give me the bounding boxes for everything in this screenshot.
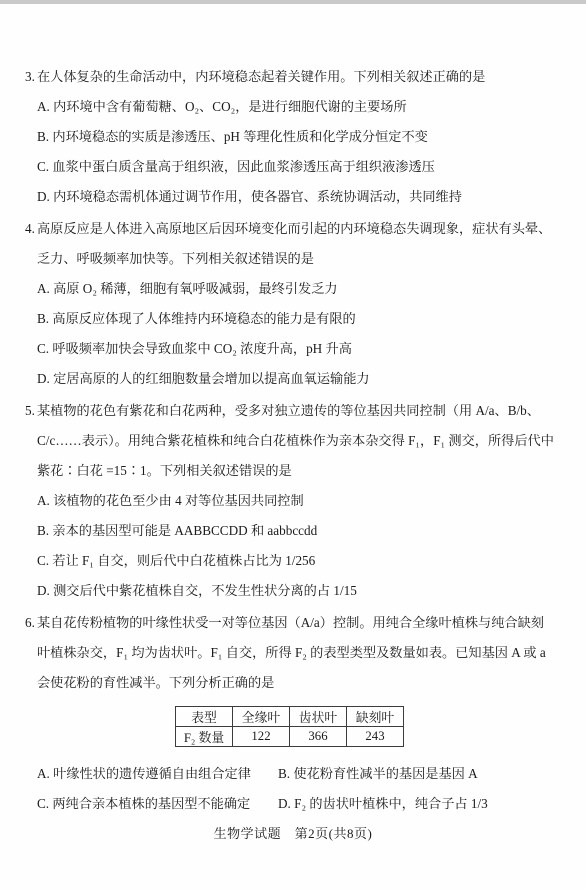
table-row-label-f2-count: F₂ 数量 xyxy=(176,727,233,747)
question-6-option-d: D. F₂ 的齿状叶植株中，纯合子占 1/3 xyxy=(278,789,560,819)
question-5-option-b: B. 亲本的基因型可能是 AABBCCDD 和 aabbccdd xyxy=(25,516,560,546)
table-value-dentate-leaf: 366 xyxy=(290,727,347,747)
question-6-option-c: C. 两纯合亲本植株的基因型不能确定 xyxy=(37,789,278,819)
question-5-stem-text: 某植物的花色有紫花和白花两种，受多对独立遗传的等位基因共同控制（用 A/a、B/… xyxy=(37,403,540,418)
question-6-number: 6. xyxy=(25,608,37,638)
question-5-option-d: D. 测交后代中紫花植株自交，不发生性状分离的占 1/15 xyxy=(25,576,560,606)
question-5-number: 5. xyxy=(25,396,37,426)
question-5-option-a: A. 该植物的花色至少由 4 对等位基因共同控制 xyxy=(25,486,560,516)
question-3-option-d: D. 内环境稳态需机体通过调节作用，使各器官、系统协调活动，共同维持 xyxy=(25,182,560,212)
question-6-options-row-1: A. 叶缘性状的遗传遵循自由组合定律 B. 使花粉育性减半的基因是基因 A xyxy=(25,759,560,789)
exam-content: 3.在人体复杂的生命活动中，内环境稳态起着关键作用。下列相关叙述正确的是 A. … xyxy=(0,4,586,819)
question-6-stem-text: 某自花传粉植物的叶缘性状受一对等位基因（A/a）控制。用纯合全缘叶植株与纯合缺刻 xyxy=(37,615,544,630)
table-value-entire-leaf: 122 xyxy=(233,727,290,747)
question-5-stem-line-1: 5.某植物的花色有紫花和白花两种，受多对独立遗传的等位基因共同控制（用 A/a、… xyxy=(25,396,560,426)
question-4-option-b: B. 高原反应体现了人体维持内环境稳态的能力是有限的 xyxy=(25,304,560,334)
question-3-stem-line-1: 3.在人体复杂的生命活动中，内环境稳态起着关键作用。下列相关叙述正确的是 xyxy=(25,62,560,92)
f2-phenotype-table-header-row: 表型 全缘叶 齿状叶 缺刻叶 xyxy=(176,707,404,727)
question-4: 4.高原反应是人体进入高原地区后因环境变化而引起的内环境稳态失调现象，症状有头晕… xyxy=(25,214,560,394)
question-6-stem-line-1: 6.某自花传粉植物的叶缘性状受一对等位基因（A/a）控制。用纯合全缘叶植株与纯合… xyxy=(25,608,560,638)
question-6-option-b: B. 使花粉育性减半的基因是基因 A xyxy=(278,759,560,789)
table-header-entire-leaf: 全缘叶 xyxy=(233,707,290,727)
question-4-option-c: C. 呼吸频率加快会导致血浆中 CO₂ 浓度升高，pH 升高 xyxy=(25,334,560,364)
question-3-option-c: C. 血浆中蛋白质含量高于组织液，因此血浆渗透压高于组织液渗透压 xyxy=(25,152,560,182)
question-4-option-d: D. 定居高原的人的红细胞数量会增加以提高血氧运输能力 xyxy=(25,364,560,394)
table-value-notched-leaf: 243 xyxy=(347,727,404,747)
question-4-stem-text: 高原反应是人体进入高原地区后因环境变化而引起的内环境稳态失调现象，症状有头晕、 xyxy=(37,221,551,236)
question-6-stem-line-3: 会使花粉的育性减半。下列分析正确的是 xyxy=(25,668,560,698)
question-5: 5.某植物的花色有紫花和白花两种，受多对独立遗传的等位基因共同控制（用 A/a、… xyxy=(25,396,560,606)
question-6-options-row-2: C. 两纯合亲本植株的基因型不能确定 D. F₂ 的齿状叶植株中，纯合子占 1/… xyxy=(25,789,560,819)
question-5-stem-line-3: 紫花∶白花 =15∶1。下列相关叙述错误的是 xyxy=(25,456,560,486)
question-6-stem-line-2: 叶植株杂交，F₁ 均为齿状叶。F₁ 自交，所得 F₂ 的表型类型及数量如表。已知… xyxy=(25,638,560,668)
f2-phenotype-table-count-row: F₂ 数量 122 366 243 xyxy=(176,727,404,747)
question-5-stem-line-2: C/c……表示）。用纯合紫花植株和纯合白花植株作为亲本杂交得 F₁，F₁ 测交，… xyxy=(25,426,560,456)
question-3: 3.在人体复杂的生命活动中，内环境稳态起着关键作用。下列相关叙述正确的是 A. … xyxy=(25,62,560,212)
question-6-option-a: A. 叶缘性状的遗传遵循自由组合定律 xyxy=(37,759,278,789)
exam-page: 3.在人体复杂的生命活动中，内环境稳态起着关键作用。下列相关叙述正确的是 A. … xyxy=(0,0,586,889)
question-4-option-a: A. 高原 O₂ 稀薄，细胞有氧呼吸减弱，最终引发乏力 xyxy=(25,274,560,304)
f2-phenotype-table: 表型 全缘叶 齿状叶 缺刻叶 F₂ 数量 122 366 243 xyxy=(175,706,404,747)
table-header-phenotype: 表型 xyxy=(176,707,233,727)
question-3-stem-text: 在人体复杂的生命活动中，内环境稳态起着关键作用。下列相关叙述正确的是 xyxy=(37,69,485,84)
question-5-option-c: C. 若让 F₁ 自交，则后代中白花植株占比为 1/256 xyxy=(25,546,560,576)
question-4-stem-line-1: 4.高原反应是人体进入高原地区后因环境变化而引起的内环境稳态失调现象，症状有头晕… xyxy=(25,214,560,244)
page-footer: 生物学试题 第2页(共8页) xyxy=(0,819,586,849)
question-3-option-a: A. 内环境中含有葡萄糖、O₂、CO₂，是进行细胞代谢的主要场所 xyxy=(25,92,560,122)
table-header-notched-leaf: 缺刻叶 xyxy=(347,707,404,727)
question-6: 6.某自花传粉植物的叶缘性状受一对等位基因（A/a）控制。用纯合全缘叶植株与纯合… xyxy=(25,608,560,819)
question-4-number: 4. xyxy=(25,214,37,244)
question-3-option-b: B. 内环境稳态的实质是渗透压、pH 等理化性质和化学成分恒定不变 xyxy=(25,122,560,152)
table-header-dentate-leaf: 齿状叶 xyxy=(290,707,347,727)
question-4-stem-line-2: 乏力、呼吸频率加快等。下列相关叙述错误的是 xyxy=(25,244,560,274)
question-3-number: 3. xyxy=(25,62,37,92)
